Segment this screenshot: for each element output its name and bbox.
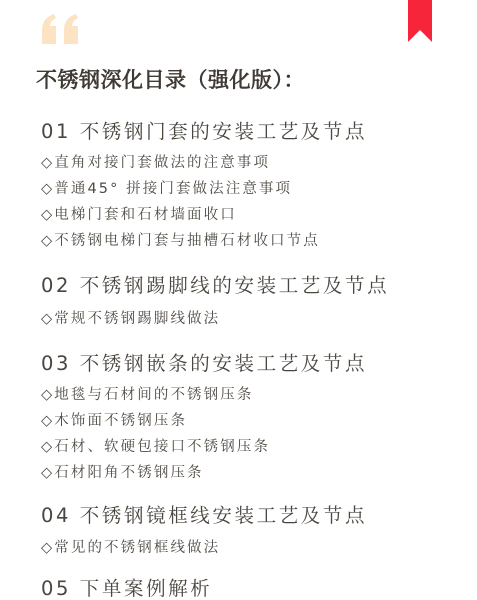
list-item: ◇地毯与石材间的不锈钢压条 xyxy=(41,383,253,404)
opening-quote-icon xyxy=(40,12,84,46)
section-heading-05: 05 下单案例解析 xyxy=(41,573,212,600)
list-item: ◇石材、软硬包接口不锈钢压条 xyxy=(41,435,270,456)
section-heading-03: 03 不锈钢嵌条的安装工艺及节点 xyxy=(41,348,367,376)
list-item: ◇石材阳角不锈钢压条 xyxy=(41,461,204,482)
list-item: ◇常规不锈钢踢脚线做法 xyxy=(41,307,220,328)
list-item: ◇木饰面不锈钢压条 xyxy=(41,409,187,430)
bookmark-ribbon-icon[interactable] xyxy=(408,0,432,42)
section-heading-02: 02 不锈钢踢脚线的安装工艺及节点 xyxy=(41,270,389,298)
section-heading-04: 04 不锈钢镜框线安装工艺及节点 xyxy=(41,500,367,528)
list-item: ◇电梯门套和石材墙面收口 xyxy=(41,203,237,224)
list-item: ◇直角对接门套做法的注意事项 xyxy=(41,151,270,172)
section-heading-01: 01 不锈钢门套的安装工艺及节点 xyxy=(41,116,367,144)
page-title: 不锈钢深化目录（强化版）： xyxy=(36,64,305,94)
list-item: ◇不锈钢电梯门套与抽槽石材收口节点 xyxy=(41,229,320,250)
list-item: ◇普通45° 拼接门套做法注意事项 xyxy=(41,177,292,198)
list-item: ◇常见的不锈钢框线做法 xyxy=(41,536,220,557)
